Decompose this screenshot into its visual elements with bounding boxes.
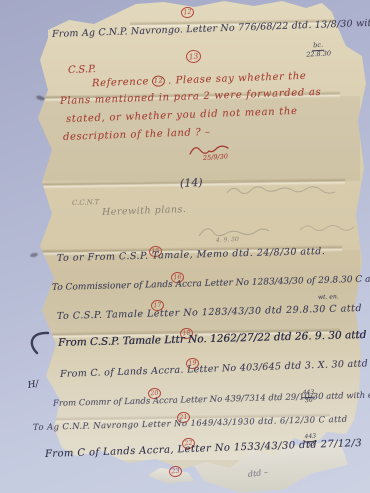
minute-line-1-rest: . Please say whether the: [168, 71, 307, 87]
serial-circle-12: 12: [180, 6, 194, 18]
fragment-text: dtd –: [248, 469, 269, 479]
entry-subnote: wt. en.: [318, 294, 339, 301]
item-14-number: (14): [180, 177, 203, 189]
ink-blot: [30, 252, 39, 258]
register-entry: From Commr of Lands Accra Letter No 439/…: [53, 391, 370, 408]
register-entry: To C.S.P. Tamale Letter No 1283/43/30 dt…: [57, 304, 362, 321]
minute-line-1: Reference12. Please say whether the: [92, 71, 307, 90]
register-entry: To Commissioner of Lands Accra Letter No…: [52, 275, 370, 293]
minute-reference-word: Reference: [92, 76, 149, 89]
fraction-bottom: 30: [307, 442, 315, 449]
minute-line-2: Plans mentioned in para 2 were forwarded…: [60, 88, 322, 107]
correction-fraction: 443 30: [303, 434, 317, 450]
register-entry: From C. of Lands Accra. Letter No 403/64…: [60, 359, 368, 379]
register-entry: To Ag C.N.P. Navrongo Letter No 1649/43/…: [33, 416, 348, 433]
register-entry: From C.S.P. Tamale Lttr No. 1262/27/22 d…: [58, 330, 367, 349]
document-photo: 12 From Ag C.N.P. Navrongo. Letter No 77…: [0, 0, 370, 493]
ink-hook-mark: [24, 330, 52, 356]
minute-line-4: description of the land ? –: [63, 128, 211, 143]
correction-fraction: 443 30: [302, 390, 316, 406]
pencil-addressee: C.C.N.T: [72, 199, 99, 207]
received-initials-fraction: bc. 22.8.30: [306, 41, 332, 59]
pencil-date: 4. 9. 30: [216, 237, 239, 244]
serial-circle-13: 13: [185, 49, 201, 63]
register-entry: To or From C.S.P. Tamale, Memo dtd. 24/8…: [57, 247, 326, 264]
minute-addressee: C.S.P.: [68, 65, 96, 76]
header-line: From Ag C.N.P. Navrongo. Letter No 776/6…: [52, 18, 370, 40]
margin-mark: H/: [27, 380, 39, 391]
ink-blot: [36, 95, 46, 102]
pencil-note: Herewith plans.: [102, 205, 187, 217]
serial-circle-23: 23: [168, 465, 182, 477]
pencil-scribble-3: [298, 222, 356, 235]
signature-date: 25/9/30: [203, 153, 228, 161]
pencil-scribble-1: [225, 183, 340, 199]
minute-line-3: stated, or whether you did not mean the: [66, 107, 298, 125]
received-date: 22.8.30: [306, 50, 331, 59]
minute-reference-circle: 12: [152, 75, 165, 86]
handwriting-layer: 12 From Ag C.N.P. Navrongo. Letter No 77…: [0, 0, 370, 493]
fraction-bottom: 30: [305, 398, 313, 405]
